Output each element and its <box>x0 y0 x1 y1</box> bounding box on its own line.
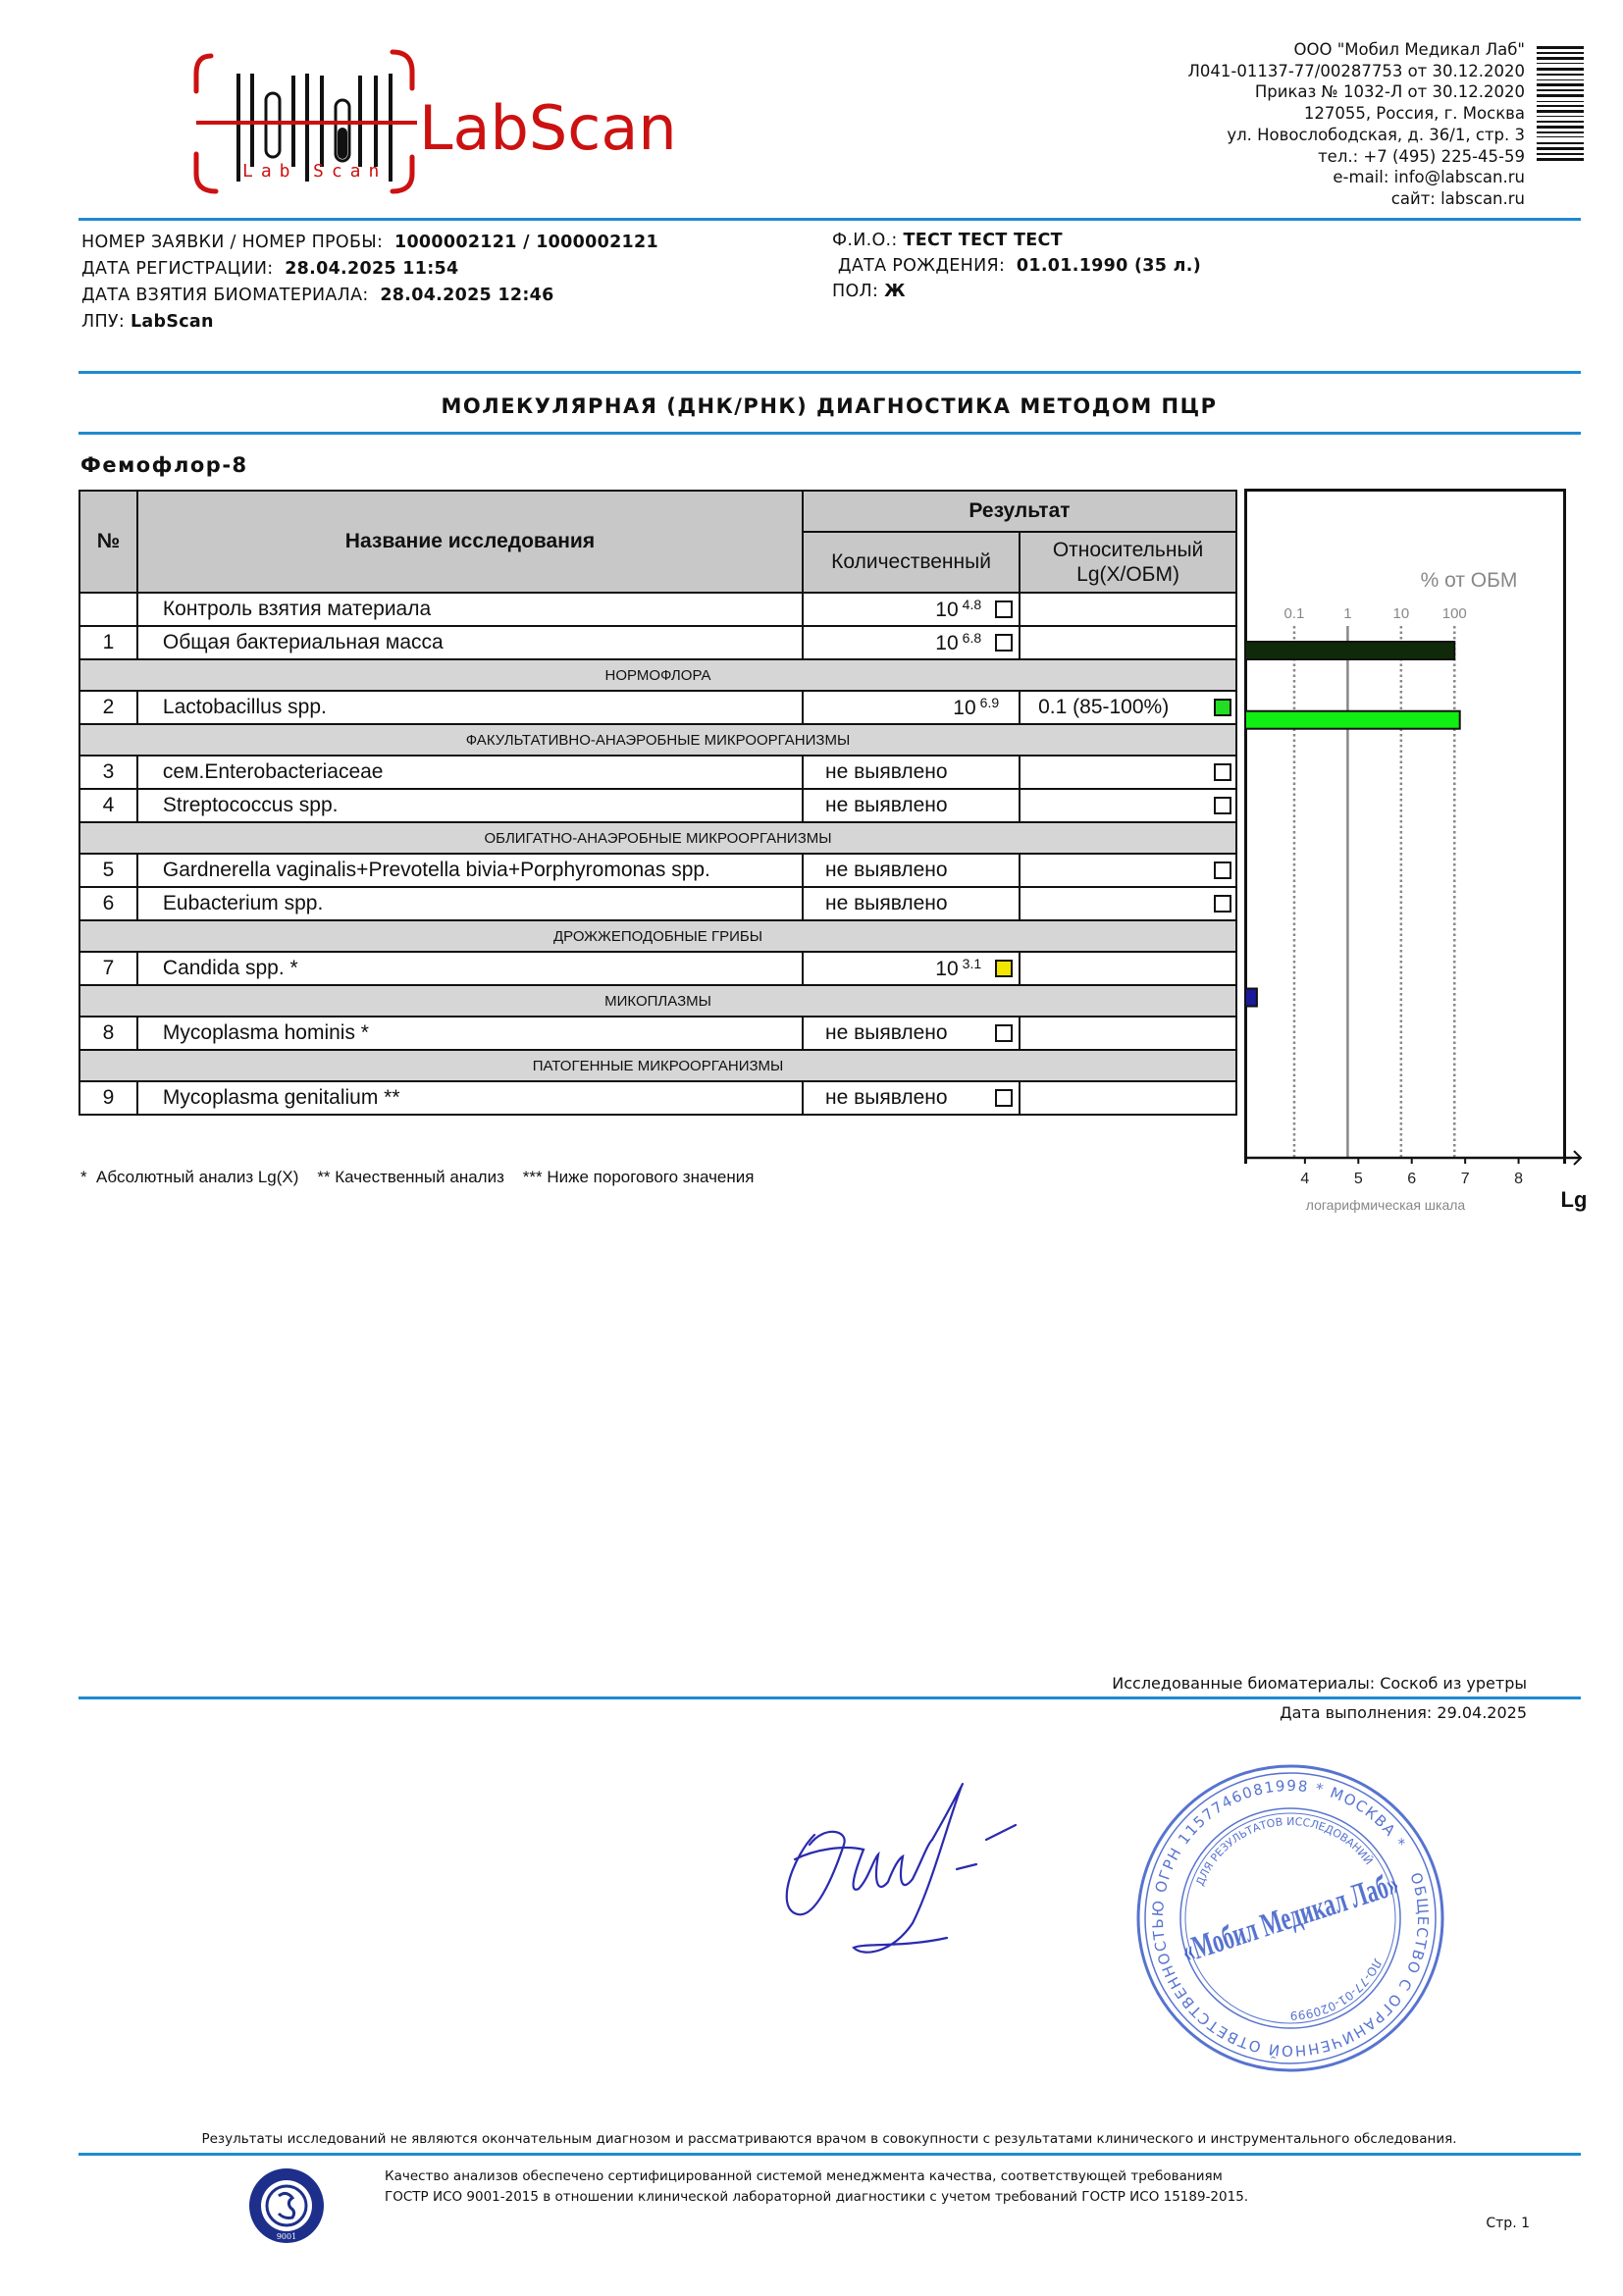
labscan-logo: Lab Scan LabScan <box>191 44 672 201</box>
x-tick-label: 4 <box>1300 1171 1309 1187</box>
org-license: Л041-01137-77/00287753 от 30.12.2020 <box>1187 61 1525 82</box>
x-tick-label: 5 <box>1354 1171 1363 1187</box>
table-row: 1Общая бактериальная масса106.8 <box>79 626 1236 659</box>
order-label: НОМЕР ЗАЯВКИ / НОМЕР ПРОБЫ: <box>81 233 383 252</box>
org-email: e-mail: info@labscan.ru <box>1187 167 1525 188</box>
chart-bar <box>1245 711 1460 729</box>
axis-unit: Lg <box>1561 1187 1588 1212</box>
panel-name: Фемофлор-8 <box>80 453 248 477</box>
quantitative-result: 106.8 <box>935 630 981 655</box>
qualitative-result: не выявлено <box>825 760 948 784</box>
relative-result: 0.1 (85-100%) <box>1038 696 1169 719</box>
test-name: Streptococcus spp. <box>137 789 803 822</box>
quantitative-cell: 106.9 <box>803 691 1020 724</box>
test-name: Общая бактериальная масса <box>137 626 803 659</box>
group-label: ФАКУЛЬТАТИВНО-АНАЭРОБНЫЕ МИКРООРГАНИЗМЫ <box>79 724 1236 756</box>
result-indicator-box <box>995 960 1013 977</box>
quantitative-cell: не выявлено <box>803 854 1020 887</box>
completion-date: Дата выполнения: 29.04.2025 <box>1280 1703 1527 1722</box>
quantitative-cell: не выявлено <box>803 789 1020 822</box>
sex-value: Ж <box>884 282 906 301</box>
quantitative-result: 106.9 <box>953 695 999 720</box>
row-number <box>79 593 137 626</box>
chart-bar <box>1245 989 1257 1007</box>
signature <box>756 1766 1040 1992</box>
quantitative-cell: 103.1 <box>803 952 1020 985</box>
relative-cell: 0.1 (85-100%) <box>1020 691 1236 724</box>
test-name: Mycoplasma hominis * <box>137 1017 803 1050</box>
qualitative-result: не выявлено <box>825 1086 948 1110</box>
qualitative-result: не выявлено <box>825 1021 948 1045</box>
quality-statement: Качество анализов обеспечено сертифициро… <box>385 2166 1248 2208</box>
row-number: 8 <box>79 1017 137 1050</box>
sampling-value: 28.04.2025 12:46 <box>380 286 553 305</box>
group-label: ОБЛИГАТНО-АНАЭРОБНЫЕ МИКРООРГАНИЗМЫ <box>79 822 1236 854</box>
disclaimer-divider <box>79 2153 1581 2156</box>
patient-info: Ф.И.О.: ТЕСТ ТЕСТ ТЕСТ ДАТА РОЖДЕНИЯ: 01… <box>832 228 1201 304</box>
sex-label: ПОЛ: <box>832 282 878 301</box>
x-tick-label: 8 <box>1514 1171 1523 1187</box>
col-num-header: № <box>79 491 137 593</box>
quantitative-cell: не выявлено <box>803 756 1020 789</box>
result-indicator-box <box>1214 797 1231 814</box>
chart-bar <box>1245 642 1454 659</box>
results-table: № Название исследования Результат Количе… <box>79 490 1237 1116</box>
header-divider <box>79 218 1581 221</box>
biomaterial-info: Исследованные биоматериалы: Соскоб из ур… <box>1112 1674 1527 1693</box>
table-row: 9Mycoplasma genitalium **не выявлено <box>79 1081 1236 1115</box>
col-name-header: Название исследования <box>137 491 803 593</box>
col-result-header: Результат <box>803 491 1236 532</box>
section-divider-top <box>79 371 1581 374</box>
relative-cell <box>1020 626 1236 659</box>
group-label: МИКОПЛАЗМЫ <box>79 985 1236 1017</box>
group-label: ДРОЖЖЕПОДОБНЫЕ ГРИБЫ <box>79 920 1236 952</box>
footnote: * Абсолютный анализ Lg(X) ** Качественны… <box>80 1168 754 1187</box>
quality-line-1: Качество анализов обеспечено сертифициро… <box>385 2166 1248 2187</box>
quantitative-cell: не выявлено <box>803 1081 1020 1115</box>
org-phone: тел.: +7 (495) 225-45-59 <box>1187 146 1525 168</box>
relative-cell <box>1020 952 1236 985</box>
col-relative-header: ОтносительныйLg(X/ОБМ) <box>1020 532 1236 593</box>
result-indicator-box <box>995 600 1013 618</box>
row-number: 7 <box>79 952 137 985</box>
table-row: 3сем.Enterobacteriaceaeне выявлено <box>79 756 1236 789</box>
dob-label: ДАТА РОЖДЕНИЯ: <box>838 256 1005 276</box>
registration-label: ДАТА РЕГИСТРАЦИИ: <box>81 259 273 279</box>
group-label: ПАТОГЕННЫЕ МИКРООРГАНИЗМЫ <box>79 1050 1236 1081</box>
table-row: 4Streptococcus spp.не выявлено <box>79 789 1236 822</box>
table-row: 6Eubacterium spp.не выявлено <box>79 887 1236 920</box>
quality-line-2: ГОСТР ИСО 9001-2015 в отношении клиничес… <box>385 2187 1248 2208</box>
result-indicator-box <box>995 1089 1013 1107</box>
relative-cell <box>1020 854 1236 887</box>
test-name: Lactobacillus spp. <box>137 691 803 724</box>
group-row: МИКОПЛАЗМЫ <box>79 985 1236 1017</box>
quantitative-result: 104.8 <box>935 597 981 622</box>
table-row: 8Mycoplasma hominis *не выявлено <box>79 1017 1236 1050</box>
row-number: 4 <box>79 789 137 822</box>
qualitative-result: не выявлено <box>825 794 948 817</box>
col-quantitative-header: Количественный <box>803 532 1020 593</box>
footer-divider <box>79 1696 1581 1699</box>
relative-cell <box>1020 1081 1236 1115</box>
row-number: 1 <box>79 626 137 659</box>
x-axis-label: логарифмическая шкала <box>1306 1197 1466 1213</box>
relative-cell <box>1020 593 1236 626</box>
patient-name-label: Ф.И.О.: <box>832 231 898 250</box>
iso-certificate-badge-icon: 9001 <box>247 2166 326 2245</box>
qualitative-result: не выявлено <box>825 859 948 882</box>
order-value: 1000002121 / 1000002121 <box>394 233 658 252</box>
percent-tick-label: 0.1 <box>1284 605 1305 622</box>
org-name: ООО "Мобил Медикал Лаб" <box>1187 39 1525 61</box>
row-number: 6 <box>79 887 137 920</box>
table-row: 7Candida spp. *103.1 <box>79 952 1236 985</box>
relative-cell <box>1020 887 1236 920</box>
result-indicator-box <box>1214 699 1231 716</box>
test-name: Candida spp. * <box>137 952 803 985</box>
test-name: Gardnerella vaginalis+Prevotella bivia+P… <box>137 854 803 887</box>
lpu-label: ЛПУ: <box>81 312 125 332</box>
org-site: сайт: labscan.ru <box>1187 188 1525 210</box>
patient-name-value: ТЕСТ ТЕСТ ТЕСТ <box>904 231 1063 250</box>
test-name: Контроль взятия материала <box>137 593 803 626</box>
quantitative-cell: не выявлено <box>803 1017 1020 1050</box>
disclaimer: Результаты исследований не являются окон… <box>79 2131 1580 2147</box>
request-info: НОМЕР ЗАЯВКИ / НОМЕР ПРОБЫ: 1000002121 /… <box>81 230 658 336</box>
group-row: НОРМОФЛОРА <box>79 659 1236 691</box>
log-scale-chart: % от ОБМ0.111010045678Lgлогарифмическая … <box>1238 489 1601 1234</box>
test-name: сем.Enterobacteriaceae <box>137 756 803 789</box>
quantitative-cell: не выявлено <box>803 887 1020 920</box>
test-name: Mycoplasma genitalium ** <box>137 1081 803 1115</box>
x-tick-label: 7 <box>1461 1171 1470 1187</box>
section-divider-bottom <box>79 432 1581 435</box>
result-indicator-box <box>995 634 1013 652</box>
org-order: Приказ № 1032-Л от 30.12.2020 <box>1187 81 1525 103</box>
lpu-value: LabScan <box>131 312 214 332</box>
iso-badge-text: 9001 <box>277 2232 296 2241</box>
barcode-icon <box>1537 46 1584 213</box>
quantitative-result: 103.1 <box>935 956 981 981</box>
percent-tick-label: 1 <box>1343 605 1351 622</box>
relative-cell <box>1020 1017 1236 1050</box>
org-street: ул. Новослободская, д. 36/1, стр. 3 <box>1187 125 1525 146</box>
logo-inner-left: Lab <box>242 161 298 182</box>
group-row: ПАТОГЕННЫЕ МИКРООРГАНИЗМЫ <box>79 1050 1236 1081</box>
section-title: МОЛЕКУЛЯРНАЯ (ДНК/РНК) ДИАГНОСТИКА МЕТОД… <box>79 394 1580 418</box>
row-number: 2 <box>79 691 137 724</box>
logo-brand: LabScan <box>419 92 672 164</box>
logo-inner-right: Scan <box>313 161 387 182</box>
table-row: Контроль взятия материала104.8 <box>79 593 1236 626</box>
qualitative-result: не выявлено <box>825 892 948 915</box>
percent-tick-label: 100 <box>1442 605 1467 622</box>
dob-value: 01.01.1990 (35 л.) <box>1017 256 1201 276</box>
org-city: 127055, Россия, г. Москва <box>1187 103 1525 125</box>
quantitative-cell: 106.8 <box>803 626 1020 659</box>
page-number: Стр. 1 <box>1486 2216 1530 2231</box>
organization-stamp: ОБЩЕСТВО С ОГРАНИЧЕННОЙ ОТВЕТСТВЕННОСТЬЮ… <box>1128 1756 1452 2080</box>
table-row: 5Gardnerella vaginalis+Prevotella bivia+… <box>79 854 1236 887</box>
relative-cell <box>1020 789 1236 822</box>
x-tick-label: 6 <box>1407 1171 1416 1187</box>
result-indicator-box <box>1214 895 1231 913</box>
group-row: ОБЛИГАТНО-АНАЭРОБНЫЕ МИКРООРГАНИЗМЫ <box>79 822 1236 854</box>
registration-value: 28.04.2025 11:54 <box>285 259 458 279</box>
result-indicator-box <box>995 1024 1013 1042</box>
test-name: Eubacterium spp. <box>137 887 803 920</box>
group-label: НОРМОФЛОРА <box>79 659 1236 691</box>
table-row: 2Lactobacillus spp.106.90.1 (85-100%) <box>79 691 1236 724</box>
percent-tick-label: 10 <box>1392 605 1409 622</box>
group-row: ДРОЖЖЕПОДОБНЫЕ ГРИБЫ <box>79 920 1236 952</box>
result-indicator-box <box>1214 861 1231 879</box>
row-number: 3 <box>79 756 137 789</box>
quantitative-cell: 104.8 <box>803 593 1020 626</box>
relative-cell <box>1020 756 1236 789</box>
sampling-label: ДАТА ВЗЯТИЯ БИОМАТЕРИАЛА: <box>81 286 369 305</box>
organization-info: ООО "Мобил Медикал Лаб" Л041-01137-77/00… <box>1187 39 1525 210</box>
result-indicator-box <box>1214 763 1231 781</box>
chart-title: % от ОБМ <box>1421 569 1518 592</box>
row-number: 9 <box>79 1081 137 1115</box>
row-number: 5 <box>79 854 137 887</box>
group-row: ФАКУЛЬТАТИВНО-АНАЭРОБНЫЕ МИКРООРГАНИЗМЫ <box>79 724 1236 756</box>
stamp-center: «Мобил Медикал Лаб» <box>1178 1865 1403 1969</box>
